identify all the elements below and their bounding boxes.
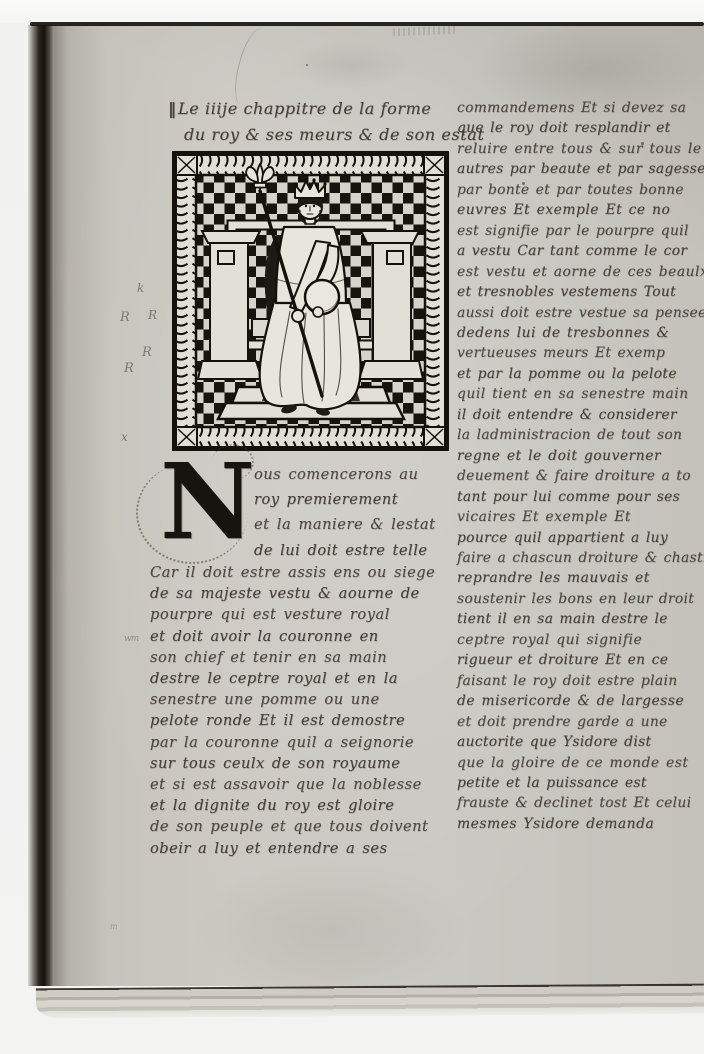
manuscript-line: commandemens Et si devez sa: [457, 98, 704, 118]
manuscript-line: autres par beaute et par sagesse: [457, 159, 704, 179]
manuscript-line: rigueur et droiture Et en ce: [457, 650, 704, 670]
rubric-line: ‖Le iiije chappitre de la forme: [168, 96, 484, 122]
manuscript-line: de son peuple et que tous doivent: [150, 816, 435, 837]
manuscript-line: dedens lui de tresbonnes &: [457, 323, 704, 343]
manuscript-line: Car il doit estre assis ens ou siege: [150, 562, 435, 583]
manuscript-line: et doit avoir la couronne en: [150, 626, 435, 647]
manuscript-line: de sa majeste vestu & aourne de: [150, 583, 435, 604]
manuscript-line: quil tient en sa senestre main: [457, 384, 704, 404]
binding-gutter: [28, 25, 54, 986]
manuscript-line: est signifie par le pourpre quil: [457, 221, 704, 241]
pen-trial-mark: R: [142, 345, 152, 360]
manuscript-line: que le roy doit resplandir et: [457, 118, 704, 138]
manuscript-line: de lui doit estre telle: [254, 538, 436, 563]
pen-trial-mark: wm: [124, 634, 138, 644]
manuscript-photo: ‖Le iiije chappitre de la forme du roy &…: [0, 0, 704, 1054]
manuscript-line: par la couronne quil a seignorie: [150, 732, 435, 753]
manuscript-line: deuement & faire droiture a to: [457, 466, 704, 486]
manuscript-line: vertueuses meurs Et exemp: [457, 343, 704, 363]
rubric-line: du roy & ses meurs & de son estat: [184, 122, 484, 148]
manuscript-line: vicaires Et exemple Et: [457, 507, 704, 527]
page-top-edge: [30, 22, 704, 26]
rubric-text: Le iiije chappitre de la forme: [178, 99, 431, 118]
pen-trial-mark: m: [110, 922, 118, 931]
pen-trial-mark: R: [124, 361, 134, 376]
left-column-upper: ous comencerons auroy premierementet la …: [254, 462, 436, 563]
chapter-rubric: ‖Le iiije chappitre de la forme du roy &…: [168, 96, 484, 148]
illuminated-initial: N: [146, 458, 250, 562]
page-bottom-edges: [36, 984, 704, 1019]
manuscript-line: et la dignite du roy est gloire: [150, 795, 435, 816]
manuscript-line: tant pour lui comme pour ses: [457, 487, 704, 507]
manuscript-line: est vestu et aorne de ces beaulx: [457, 262, 704, 282]
manuscript-line: que la gloire de ce monde est: [457, 753, 704, 773]
manuscript-line: et par la pomme ou la pelote: [457, 364, 704, 384]
manuscript-line: reprandre les mauvais et: [457, 568, 704, 588]
manuscript-line: reluire entre tous & sur tous le: [457, 139, 704, 159]
manuscript-line: et doit prendre garde a une: [457, 712, 704, 732]
manuscript-line: sur tous ceulx de son royaume: [150, 753, 435, 774]
king-enthroned-miniature: [172, 151, 449, 451]
manuscript-line: et si est assavoir que la noblesse: [150, 774, 435, 795]
manuscript-line: mesmes Ysidore demanda: [457, 814, 704, 834]
manuscript-line: par bonte et par toutes bonne: [457, 180, 704, 200]
pen-trial-mark: R: [120, 310, 130, 325]
left-column: Car il doit estre assis ens ou siegede s…: [150, 562, 435, 859]
ink-speck: [306, 64, 308, 66]
manuscript-line: pelote ronde Et il est demostre: [150, 710, 435, 731]
manuscript-line: et tresnobles vestemens Tout: [457, 282, 704, 302]
initial-letter: N: [160, 450, 255, 554]
manuscript-line: pource quil appartient a luy: [457, 528, 704, 548]
manuscript-line: euvres Et exemple Et ce no: [457, 200, 704, 220]
manuscript-line: a vestu Car tant comme le cor: [457, 241, 704, 261]
manuscript-line: et la maniere & lestat: [254, 512, 436, 537]
manuscript-line: son chief et tenir en sa main: [150, 647, 435, 668]
manuscript-line: tient il en sa main destre le: [457, 609, 704, 629]
manuscript-line: il doit entendre & considerer: [457, 405, 704, 425]
manuscript-line: faisant le roy doit estre plain: [457, 671, 704, 691]
manuscript-line: roy premierement: [254, 487, 436, 512]
manuscript-line: ceptre royal qui signifie: [457, 630, 704, 650]
right-column: commandemens Et si devez saque le roy do…: [457, 98, 704, 834]
pen-trial-mark: R: [148, 308, 157, 322]
manuscript-line: la ladministracion de tout son: [457, 425, 704, 445]
manuscript-line: aussi doit estre vestue sa pensee: [457, 303, 704, 323]
manuscript-line: faire a chascun droiture & chasti: [457, 548, 704, 568]
manuscript-line: frauste & declinet tost Et celui: [457, 793, 704, 813]
manuscript-line: soustenir les bons en leur droit: [457, 589, 704, 609]
manuscript-line: obeir a luy et entendre a ses: [150, 838, 435, 859]
pen-trial-mark: x: [121, 430, 128, 444]
pen-trial-mark: k: [137, 281, 144, 295]
manuscript-line: senestre une pomme ou une: [150, 689, 435, 710]
manuscript-line: auctorite que Ysidore dist: [457, 732, 704, 752]
manuscript-line: destre le ceptre royal et en la: [150, 668, 435, 689]
manuscript-line: petite et la puissance est: [457, 773, 704, 793]
manuscript-line: de misericorde & de largesse: [457, 691, 704, 711]
paraph-mark: ‖: [168, 99, 174, 118]
manuscript-line: ous comencerons au: [254, 462, 436, 487]
manuscript-line: regne et le doit gouverner: [457, 446, 704, 466]
manuscript-line: pourpre qui est vesture royal: [150, 604, 435, 625]
